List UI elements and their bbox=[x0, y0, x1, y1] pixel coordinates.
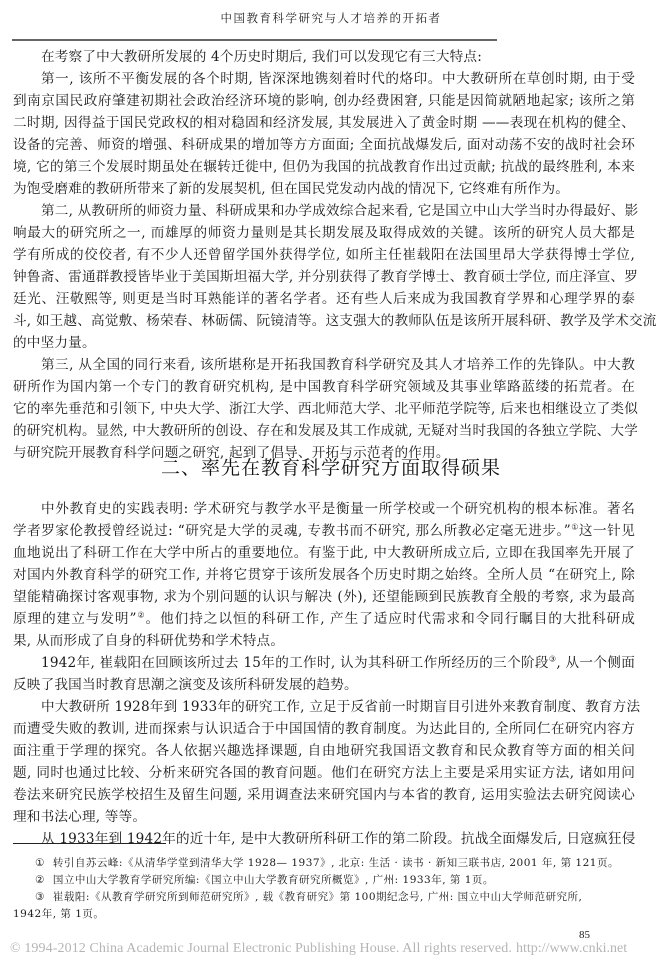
copyright-notice: © 1994-2012 China Academic Journal Elect… bbox=[10, 941, 512, 957]
footnote-continuation: 1942年, 第 1页。 bbox=[13, 906, 635, 923]
text-line: 设备的完善、师资的增强、科研成果的增加等方方面面; 全面抗战爆发后, 面对动荡不… bbox=[13, 134, 635, 156]
text-line: 响最大的研究所之一, 而雄厚的师资力量则是其长期发展及取得成效的关键。该所的研究… bbox=[13, 222, 635, 244]
text-line: 斗, 如王越、高觉敷、杨荣春、林砺儒、阮镜清等。这支强大的教师队伍是该所开展科研… bbox=[13, 310, 635, 332]
text-line-content: 从 1933年到 1942年的近十年, 是中大教研所科研工作的第二阶段。抗战全面… bbox=[41, 831, 636, 847]
text-line: 境, 它的第三个发展时期虽处在辗转迁徙中, 但仍为我国的抗战教育作出过贡献; 抗… bbox=[13, 156, 635, 178]
text-line-content: 响最大的研究所之一, 而雄厚的师资力量则是其长期发展及取得成效的关键。该所的研究… bbox=[13, 225, 635, 241]
text-line: 学者罗家伦教授曾经说过: “研究是大学的灵魂, 专教书而不研究, 那么所教必定毫… bbox=[13, 520, 635, 542]
footnote-item: ①转引自苏云峰:《从清华学堂到清华大学 1928— 1937》, 北京: 生活 … bbox=[13, 855, 635, 872]
footnote-text: 1942年, 第 1页。 bbox=[13, 908, 104, 920]
text-line-content: 学者罗家伦教授曾经说过: “研究是大学的灵魂, 专教书而不研究, 那么所教必定毫… bbox=[13, 523, 571, 539]
text-line-content: 。他们持之以恒的科研工作, 产生了适应时代需求和令同行瞩目的大批科研成 bbox=[146, 611, 635, 627]
running-head-title: 中国教育科学研究与人才培养的开拓者 bbox=[0, 10, 662, 26]
footnote-text: 转引自苏云峰:《从清华学堂到清华大学 1928— 1937》, 北京: 生活 ·… bbox=[53, 857, 619, 869]
text-line: 中大教研所 1928年到 1933年的研究工作, 立足于反省前一时期盲目引进外来… bbox=[13, 696, 635, 718]
text-line-content: 反映了我国当时教育思潮之演变及该所科研发展的趋势。 bbox=[13, 677, 358, 693]
text-line-content: 果, 从而形成了自身的科研优势和学术特点。 bbox=[13, 633, 284, 649]
text-line: 而遭受失败的教训, 进而探索与认识适合于中国国情的教育制度。为达此目的, 全所同… bbox=[13, 718, 635, 740]
text-line-content: 血地说出了科研工作在大学中所占的重要地位。有鉴于此, 中大教研所成立后, 立即在… bbox=[13, 545, 635, 561]
text-line-content: 这一针见 bbox=[579, 523, 635, 539]
footnote-marker: ② bbox=[35, 874, 45, 886]
text-line: 望能精确探讨客观事物, 求为个别问题的认识与解决 (外), 还望能顾到民族教育全… bbox=[13, 586, 635, 608]
text-line: 学有所成的佼佼者, 有不少人还曾留学国外获得学位, 如所主任崔载阳在法国里昂大学… bbox=[13, 244, 635, 266]
text-line: 研所作为国内第一个专门的教育研究机构, 是中国教育科学研究领域及其事业筚路蓝缕的… bbox=[13, 376, 635, 398]
footnote-marker: ① bbox=[35, 857, 45, 869]
footnote-marker: ③ bbox=[35, 891, 45, 903]
text-line-content: 面注重于学理的探究。各人依据兴趣选择课题, 自由地研究我国语文教育和民众教育等方… bbox=[13, 743, 635, 759]
text-line: 的中坚力量。 bbox=[13, 332, 635, 354]
header-rule bbox=[12, 39, 497, 41]
text-line-content: 对国内外教育科学的研究工作, 并将它贯穿于该所发展各个历史时期之始终。全所人员 … bbox=[13, 567, 635, 583]
text-line-content: 理和书法心理, 等等。 bbox=[13, 809, 146, 825]
text-line-content: 为饱受磨难的教研所带来了新的发展契机, 但在国民党发动内战的情况下, 它终难有所… bbox=[13, 181, 569, 197]
text-line: 的研究机构。显然, 中大教研所的创设、存在和发展及其工作成就, 无疑对当时我国的… bbox=[13, 420, 635, 442]
footnote-item: ②国立中山大学教育学研究所编:《国立中山大学教育研究所概览》, 广州: 1933… bbox=[13, 872, 635, 889]
text-line: 从 1933年到 1942年的近十年, 是中大教研所科研工作的第二阶段。抗战全面… bbox=[13, 828, 635, 850]
text-line-content: 到南京国民政府肇建初期社会政治经济环境的影响, 创办经费困窘, 只能是因简就陋地… bbox=[13, 93, 635, 109]
text-line: 二时期, 因得益于国民党政权的相对稳固和经济发展, 其发展进入了黄金时期 ——表… bbox=[13, 112, 635, 134]
footnote-ref[interactable]: ① bbox=[571, 522, 579, 531]
text-line-content: 廷光、汪敬熙等, 则更是当时耳熟能详的著名学者。还有些人后来成为我国教育学界和心… bbox=[13, 291, 635, 307]
text-line-content: 设备的完善、师资的增强、科研成果的增加等方方面面; 全面抗战爆发后, 面对动荡不… bbox=[13, 137, 635, 153]
text-line: 1942年, 崔载阳在回顾该所过去 15年的工作时, 认为其科研工作所经历的三个… bbox=[13, 652, 635, 674]
text-line: 理和书法心理, 等等。 bbox=[13, 806, 635, 828]
footnote-text: 崔载阳:《从教育学研究所到师范研究所》, 载《教育研究》第 100期纪念号, 广… bbox=[53, 891, 582, 903]
text-line-content: 第二, 从教研所的师资力量、科研成果和办学成效综合起来看, 它是国立中山大学当时… bbox=[41, 203, 638, 219]
text-line: 钟鲁斋、雷通群教授皆毕业于美国斯坦福大学, 并分别获得了教育学博士、教育硕士学位… bbox=[13, 266, 635, 288]
text-line-content: 1942年, 崔载阳在回顾该所过去 15年的工作时, 认为其科研工作所经历的三个… bbox=[41, 655, 549, 671]
text-line-content: , 从一个侧面 bbox=[556, 655, 635, 671]
text-line: 廷光、汪敬熙等, 则更是当时耳熟能详的著名学者。还有些人后来成为我国教育学界和心… bbox=[13, 288, 635, 310]
text-line: 到南京国民政府肇建初期社会政治经济环境的影响, 创办经费困窘, 只能是因简就陋地… bbox=[13, 90, 635, 112]
text-line-content: 第一, 该所不平衡发展的各个时期, 皆深深地镌刻着时代的烙印。中大教研所在草创时… bbox=[41, 71, 635, 87]
footnote-text: 国立中山大学教育学研究所编:《国立中山大学教育研究所概览》, 广州: 1933年… bbox=[53, 874, 494, 886]
text-line-content: 第三, 从全国的同行来看, 该所堪称是开拓我国教育科学研究及其人才培养工作的先锋… bbox=[41, 357, 635, 373]
footnote-item: ③崔载阳:《从教育学研究所到师范研究所》, 载《教育研究》第 100期纪念号, … bbox=[13, 889, 635, 906]
text-line-content: 中外教育史的实践表明: 学术研究与教学水平是衡量一所学校或一个研究机构的根本标准… bbox=[41, 501, 635, 517]
text-line-content: 研所作为国内第一个专门的教育研究机构, 是中国教育科学研究领域及其事业筚路蓝缕的… bbox=[13, 379, 635, 395]
text-line-content: 而遭受失败的教训, 进而探索与认识适合于中国国情的教育制度。为达此目的, 全所同… bbox=[13, 721, 635, 737]
text-line-content: 原理的建立与发明” bbox=[13, 611, 137, 627]
footnote-ref[interactable]: ② bbox=[137, 610, 146, 619]
text-line: 在考察了中大教研所发展的 4个历史时期后, 我们可以发现它有三大特点: bbox=[13, 46, 635, 68]
footnote-rule bbox=[13, 843, 166, 844]
text-line: 它的率先垂范和引领下, 中央大学、浙江大学、西北师范大学、北平师范学院等, 后来… bbox=[13, 398, 635, 420]
text-line: 卷法来研究民族学校招生及留生问题, 采用调查法来研究国内与本省的教育, 运用实验… bbox=[13, 784, 635, 806]
page-number: 85 bbox=[579, 929, 590, 941]
text-line-content: 它的率先垂范和引领下, 中央大学、浙江大学、西北师范大学、北平师范学院等, 后来… bbox=[13, 401, 638, 417]
body-text-part1: 在考察了中大教研所发展的 4个历史时期后, 我们可以发现它有三大特点:第一, 该… bbox=[13, 46, 635, 464]
text-line-content: 二时期, 因得益于国民党政权的相对稳固和经济发展, 其发展进入了黄金时期 ——表… bbox=[13, 115, 635, 131]
text-line: 原理的建立与发明”②。他们持之以恒的科研工作, 产生了适应时代需求和令同行瞩目的… bbox=[13, 608, 635, 630]
text-line-content: 题, 同时也通过比较、分析来研究各国的教育问题。他们在研究方法上主要是采用实证方… bbox=[13, 765, 635, 781]
text-line-content: 斗, 如王越、高觉敷、杨荣春、林砺儒、阮镜清等。这支强大的教师队伍是该所开展科研… bbox=[13, 313, 657, 329]
footer-url[interactable]: http://www.cnki.net bbox=[516, 941, 627, 957]
text-line-content: 望能精确探讨客观事物, 求为个别问题的认识与解决 (外), 还望能顾到民族教育全… bbox=[13, 589, 635, 605]
footnotes: ①转引自苏云峰:《从清华学堂到清华大学 1928— 1937》, 北京: 生活 … bbox=[13, 855, 635, 923]
text-line: 为饱受磨难的教研所带来了新的发展契机, 但在国民党发动内战的情况下, 它终难有所… bbox=[13, 178, 635, 200]
text-line-content: 境, 它的第三个发展时期虽处在辗转迁徙中, 但仍为我国的抗战教育作出过贡献; 抗… bbox=[13, 159, 635, 175]
text-line: 面注重于学理的探究。各人依据兴趣选择课题, 自由地研究我国语文教育和民众教育等方… bbox=[13, 740, 635, 762]
section-heading: 二、率先在教育科学研究方面取得硕果 bbox=[0, 453, 662, 480]
text-line: 对国内外教育科学的研究工作, 并将它贯穿于该所发展各个历史时期之始终。全所人员 … bbox=[13, 564, 635, 586]
text-line: 血地说出了科研工作在大学中所占的重要地位。有鉴于此, 中大教研所成立后, 立即在… bbox=[13, 542, 635, 564]
body-text-part2: 中外教育史的实践表明: 学术研究与教学水平是衡量一所学校或一个研究机构的根本标准… bbox=[13, 498, 635, 850]
text-line-content: 在考察了中大教研所发展的 4个历史时期后, 我们可以发现它有三大特点: bbox=[41, 49, 482, 65]
text-line-content: 的研究机构。显然, 中大教研所的创设、存在和发展及其工作成就, 无疑对当时我国的… bbox=[13, 423, 638, 439]
text-line: 题, 同时也通过比较、分析来研究各国的教育问题。他们在研究方法上主要是采用实证方… bbox=[13, 762, 635, 784]
text-line-content: 卷法来研究民族学校招生及留生问题, 采用调查法来研究国内与本省的教育, 运用实验… bbox=[13, 787, 635, 803]
text-line: 第一, 该所不平衡发展的各个时期, 皆深深地镌刻着时代的烙印。中大教研所在草创时… bbox=[13, 68, 635, 90]
text-line: 反映了我国当时教育思潮之演变及该所科研发展的趋势。 bbox=[13, 674, 635, 696]
text-line-content: 中大教研所 1928年到 1933年的研究工作, 立足于反省前一时期盲目引进外来… bbox=[41, 699, 640, 715]
text-line-content: 学有所成的佼佼者, 有不少人还曾留学国外获得学位, 如所主任崔载阳在法国里昂大学… bbox=[13, 247, 635, 263]
text-line: 果, 从而形成了自身的科研优势和学术特点。 bbox=[13, 630, 635, 652]
text-line: 第二, 从教研所的师资力量、科研成果和办学成效综合起来看, 它是国立中山大学当时… bbox=[13, 200, 635, 222]
text-line: 中外教育史的实践表明: 学术研究与教学水平是衡量一所学校或一个研究机构的根本标准… bbox=[13, 498, 635, 520]
text-line-content: 钟鲁斋、雷通群教授皆毕业于美国斯坦福大学, 并分别获得了教育学博士、教育硕士学位… bbox=[13, 269, 638, 285]
text-line: 第三, 从全国的同行来看, 该所堪称是开拓我国教育科学研究及其人才培养工作的先锋… bbox=[13, 354, 635, 376]
text-line-content: 的中坚力量。 bbox=[13, 335, 96, 351]
